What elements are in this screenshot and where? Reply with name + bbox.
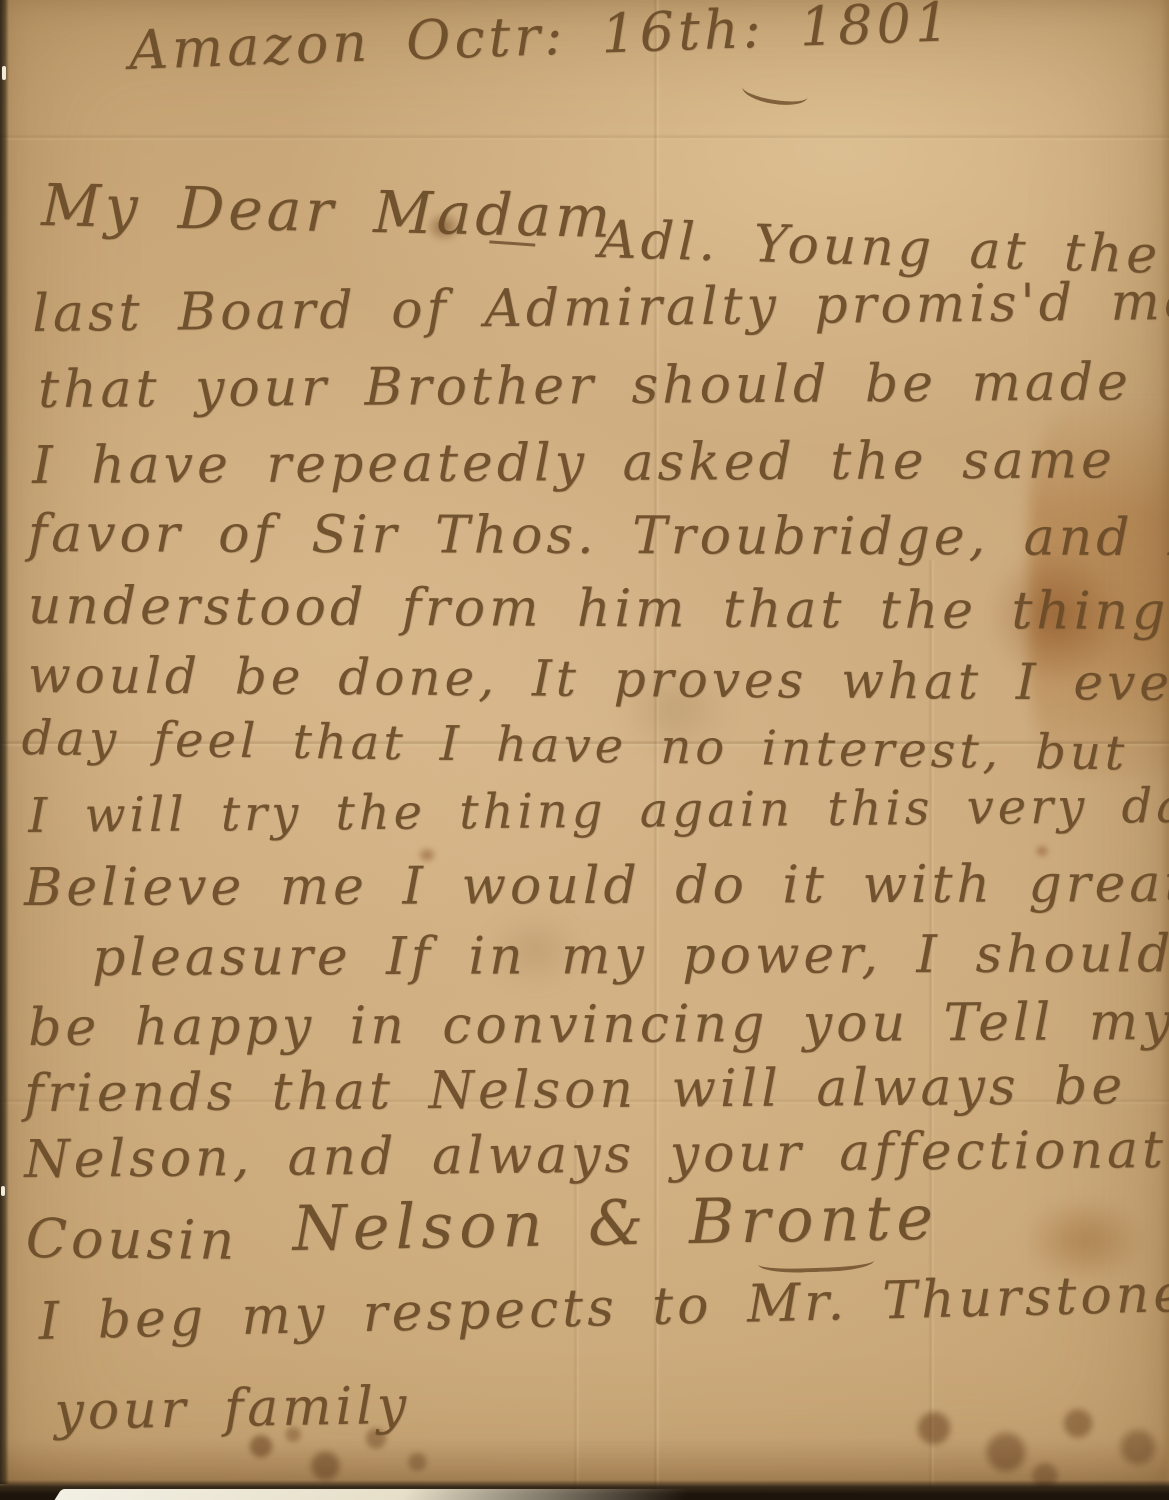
letter-page: Amazon Octr: 16th: 1801 My Dear Madam Ad…	[0, 0, 1169, 1500]
letter-line: Believe me I would do it with great	[24, 858, 1169, 914]
letter-opening: Adl. Young at the	[599, 214, 1162, 282]
paper-edge-speck	[2, 66, 6, 80]
paper-left-edge	[0, 0, 9, 1484]
signoff-prefix: Cousin	[26, 1212, 239, 1268]
postscript-line: your family	[54, 1380, 411, 1438]
letter-line: day feel that I have no interest, but	[21, 714, 1128, 777]
letter-line: that your Brother should be made	[38, 356, 1132, 416]
paper-edge-speck	[1, 1186, 5, 1196]
letter-line: understood from him that the thing	[28, 580, 1169, 638]
signature-underline	[758, 1246, 875, 1274]
letter-line: would be done, It proves what I every	[28, 650, 1169, 708]
letter-line: favor of Sir Thos. Troubridge, and I	[28, 508, 1169, 564]
letter-line: friends that Nelson will always be	[24, 1060, 1126, 1120]
salutation-underline	[489, 220, 536, 246]
scan-bottom-reflection	[55, 1489, 692, 1500]
dateline-flourish	[741, 75, 810, 109]
letter-line: pleasure If in my power, I should	[92, 928, 1169, 984]
letter-line: I have repeatedly asked the same	[32, 434, 1116, 492]
letter-line: Nelson, and always your affectionate	[24, 1124, 1169, 1186]
dateline: Amazon Octr: 16th: 1801	[128, 0, 954, 78]
letter-line: I will try the thing again this very day	[28, 782, 1169, 840]
postscript-line: I beg my respects to Mr. Thurstone &	[38, 1266, 1169, 1348]
fold-line-top	[0, 134, 1169, 141]
paper-right-edge	[1161, 0, 1169, 1484]
letter-line: last Board of Admiralty promis'd me	[32, 276, 1169, 340]
letter-line: be happy in convincing you Tell my	[28, 996, 1169, 1054]
